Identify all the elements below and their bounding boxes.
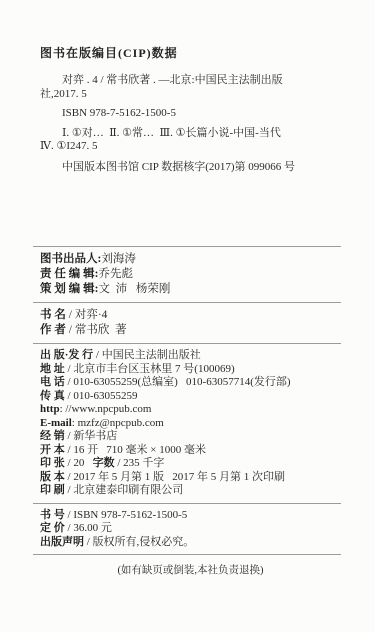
- correction-note: (如有缺页或倒装,本社负责退换): [40, 564, 341, 577]
- row-label: 责 任 编 辑: [40, 268, 95, 280]
- row-value: 20: [73, 457, 84, 469]
- row-value: 新华书店: [73, 430, 117, 442]
- row-label-2: 字数: [93, 457, 115, 469]
- row-value: 北京市丰台区玉林里 7 号(100069): [73, 363, 234, 375]
- cip-section: 图书在版编目(CIP)数据 对弈 . 4 / 常书欣著 . —北京:中国民主法制…: [40, 44, 341, 174]
- row-value: //www.npcpub.com: [65, 403, 151, 415]
- row-printer: 印 刷 / 北京建泰印刷有限公司: [40, 484, 341, 498]
- row-price: 定 价 / 36.00 元: [40, 522, 341, 536]
- row-separator-2: /: [115, 457, 124, 469]
- row-label: 印 张: [40, 457, 65, 469]
- row-website: http: //www.npcpub.com: [40, 403, 341, 417]
- pricing-section: 书 号 / ISBN 978-7-5162-1500-5 定 价 / 36.00…: [40, 504, 341, 555]
- row-value: 对弈·4: [75, 309, 108, 321]
- row-value: 16 开 710 毫米 × 1000 毫米: [73, 444, 206, 456]
- row-value: 刘海涛: [101, 253, 136, 265]
- row-label: 策 划 编 辑: [40, 283, 95, 295]
- row-fax: 传 真 / 010-63055259: [40, 390, 341, 404]
- row-label: E-mail: [40, 417, 72, 429]
- row-sheets-wordcount: 印 张 / 20 字数 / 235 千字: [40, 457, 341, 471]
- row-label: 书 号: [40, 509, 65, 521]
- row-label: 定 价: [40, 522, 65, 534]
- row-value: 常书欣 著: [75, 324, 127, 336]
- book-section: 书 名 / 对弈·4 作 者 / 常书欣 著: [40, 303, 341, 343]
- row-email: E-mail: mzfz@npcpub.com: [40, 417, 341, 431]
- row-value: 2017 年 5 月第 1 版 2017 年 5 月第 1 次印刷: [73, 471, 285, 483]
- row-label: 出版声明: [40, 536, 84, 548]
- row-planning-editor: 策 划 编 辑:文 沛 杨荣刚: [40, 282, 341, 297]
- row-value: 北京建泰印刷有限公司: [73, 484, 183, 496]
- publication-section: 出 版·发 行 / 中国民主法制出版社 地 址 / 北京市丰台区玉林里 7 号(…: [40, 344, 341, 503]
- cip-classification-line2: Ⅳ. ①I247. 5: [40, 140, 341, 154]
- row-publisher: 出 版·发 行 / 中国民主法制出版社: [40, 349, 341, 363]
- row-value: 乔先彪: [98, 268, 133, 280]
- row-label: 电 话: [40, 376, 65, 388]
- row-separator: /: [66, 309, 75, 321]
- row-phone: 电 话 / 010-63055259(总编室) 010-63057714(发行部…: [40, 376, 341, 390]
- row-book-title: 书 名 / 对弈·4: [40, 308, 341, 323]
- cip-isbn: ISBN 978-7-5162-1500-5: [40, 107, 341, 121]
- row-value: ISBN 978-7-5162-1500-5: [73, 509, 187, 521]
- row-format: 开 本 / 16 开 710 毫米 × 1000 毫米: [40, 444, 341, 458]
- row-responsible-editor: 责 任 编 辑:乔先彪: [40, 267, 341, 282]
- row-label: 出 版·发 行: [40, 349, 93, 361]
- row-label: 经 销: [40, 430, 65, 442]
- row-author: 作 者 / 常书欣 著: [40, 323, 341, 338]
- row-copyright-notice: 出版声明 / 版权所有,侵权必究。: [40, 536, 341, 550]
- row-label: http: [40, 403, 60, 415]
- cip-entry-line2: 社,2017. 5: [40, 88, 341, 102]
- book-copyright-page: 图书在版编目(CIP)数据 对弈 . 4 / 常书欣著 . —北京:中国民主法制…: [0, 0, 375, 632]
- row-book-number: 书 号 / ISBN 978-7-5162-1500-5: [40, 509, 341, 523]
- row-distributor: 经 销 / 新华书店: [40, 430, 341, 444]
- row-value: 010-63055259(总编室) 010-63057714(发行部): [73, 376, 290, 388]
- cip-classification-line1: Ⅰ. ①对… Ⅱ. ①常… Ⅲ. ①长篇小说-中国-当代: [40, 127, 341, 141]
- row-separator: /: [66, 324, 75, 336]
- row-edition: 版 本 / 2017 年 5 月第 1 版 2017 年 5 月第 1 次印刷: [40, 471, 341, 485]
- row-book-producer: 图书出品人:刘海涛: [40, 252, 341, 267]
- row-label: 印 刷: [40, 484, 65, 496]
- row-separator: /: [93, 349, 102, 361]
- cip-entry-line1: 对弈 . 4 / 常书欣著 . —北京:中国民主法制出版: [40, 74, 341, 88]
- row-value: 中国民主法制出版社: [102, 349, 201, 361]
- staff-section: 图书出品人:刘海涛 责 任 编 辑:乔先彪 策 划 编 辑:文 沛 杨荣刚: [40, 247, 341, 302]
- section-divider: [33, 554, 341, 555]
- row-label: 图书出品人: [40, 253, 98, 265]
- row-value-2: 235 千字: [123, 457, 164, 469]
- row-value: 文 沛 杨荣刚: [98, 283, 170, 295]
- row-label: 书 名: [40, 309, 66, 321]
- row-address: 地 址 / 北京市丰台区玉林里 7 号(100069): [40, 363, 341, 377]
- row-label: 地 址: [40, 363, 65, 375]
- cip-record-number: 中国版本图书馆 CIP 数据核字(2017)第 099066 号: [40, 161, 341, 175]
- row-separator: /: [84, 536, 93, 548]
- cip-header: 图书在版编目(CIP)数据: [40, 44, 341, 61]
- row-value: 010-63055259: [73, 390, 137, 402]
- row-label: 传 真: [40, 390, 65, 402]
- row-label: 作 者: [40, 324, 66, 336]
- row-value: 36.00 元: [73, 522, 112, 534]
- row-gap: [84, 457, 92, 469]
- row-value: 版权所有,侵权必究。: [93, 536, 195, 548]
- row-label: 开 本: [40, 444, 65, 456]
- row-value: mzfz@npcpub.com: [78, 417, 164, 429]
- row-label: 版 本: [40, 471, 65, 483]
